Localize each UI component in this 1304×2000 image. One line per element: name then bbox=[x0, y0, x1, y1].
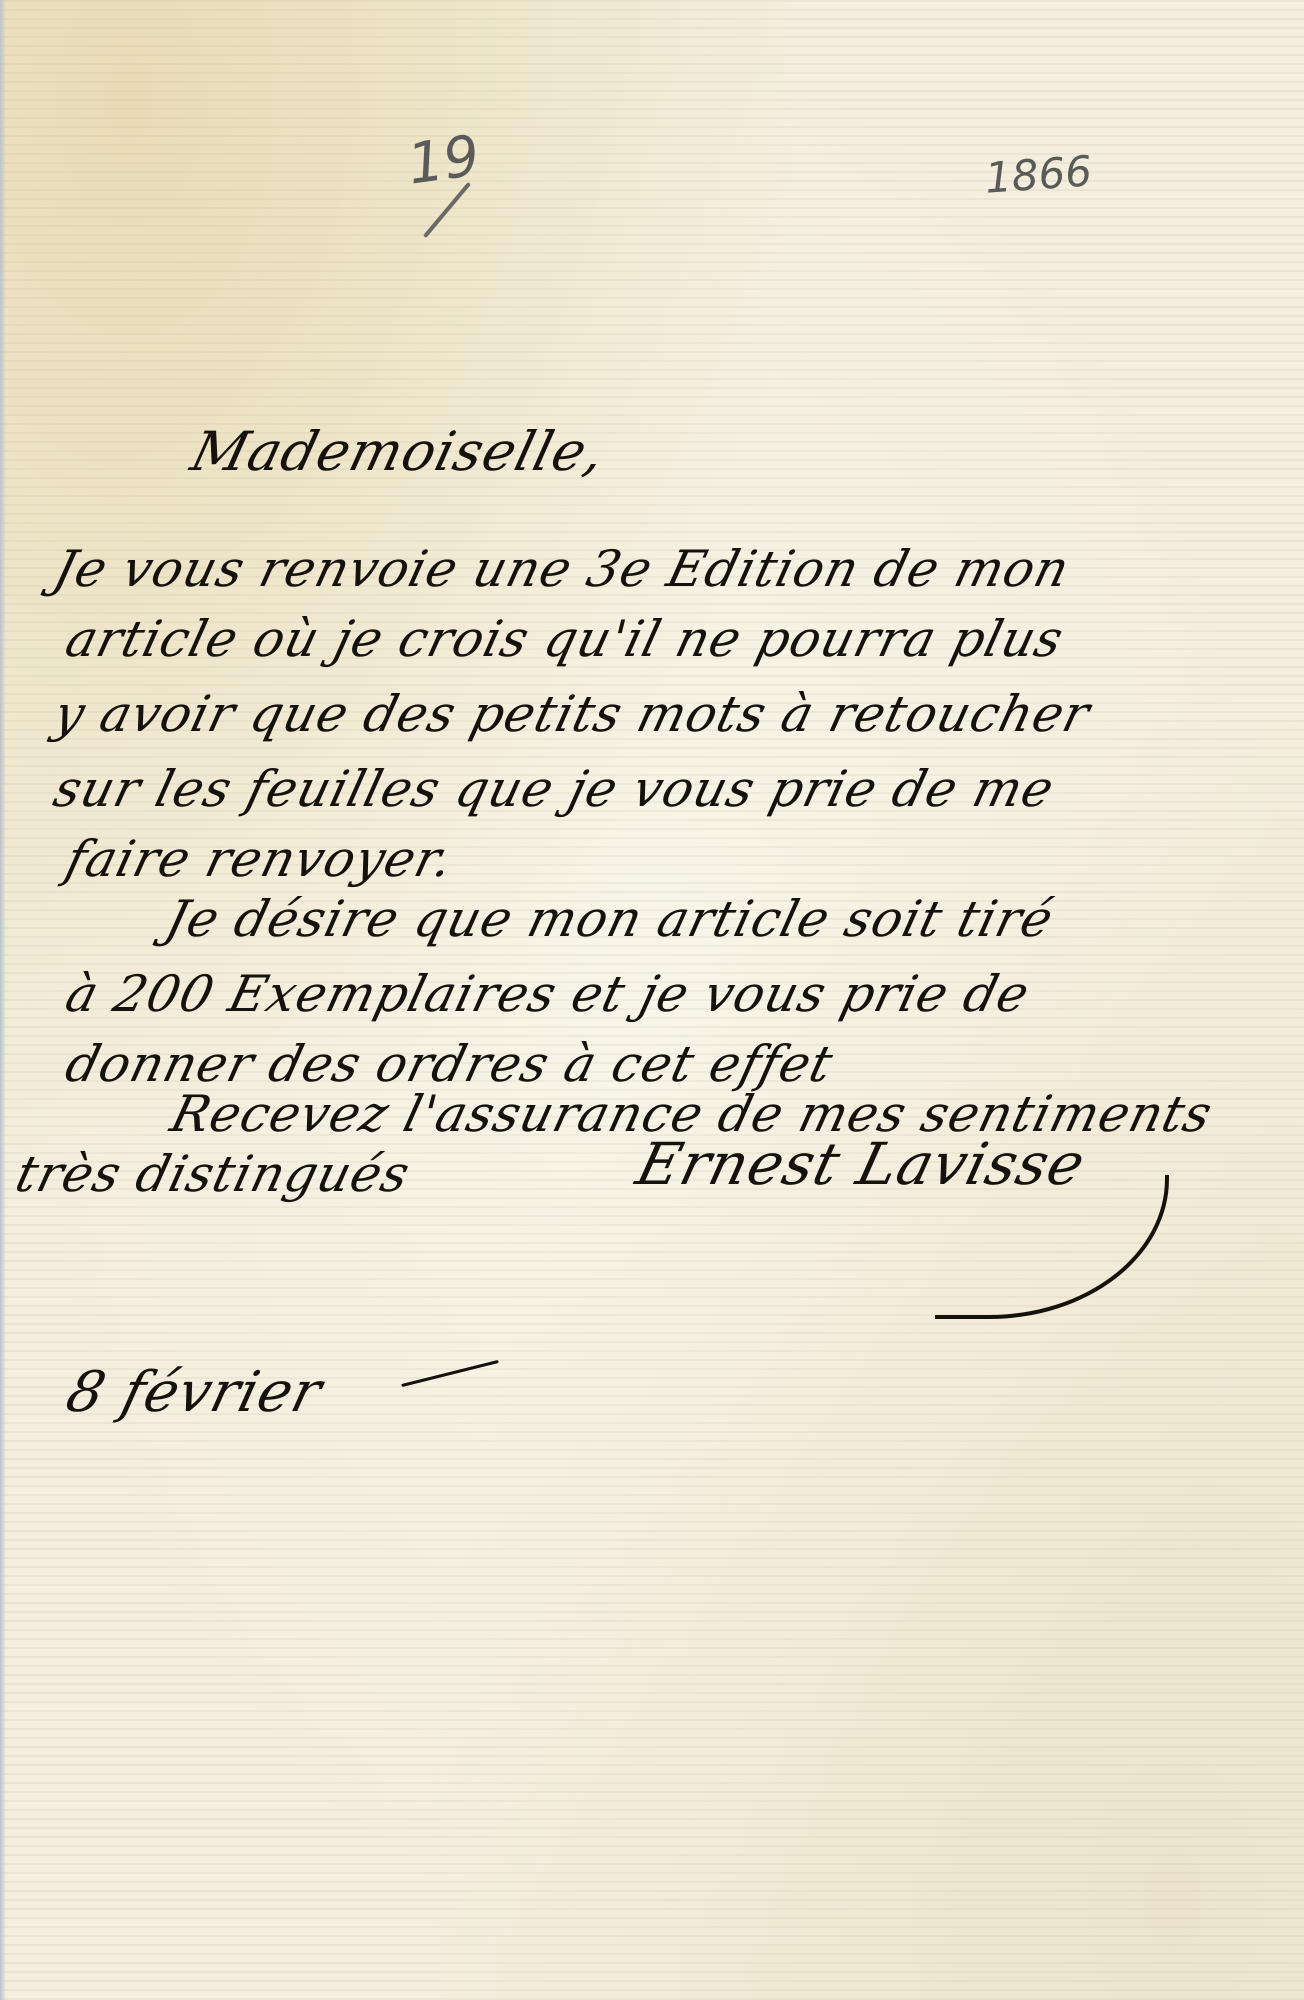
body-line-1: Je vous renvoie une 3e Edition de mon bbox=[48, 540, 1076, 598]
letter-page: 19 1866 Mademoiselle, Je vous renvoie un… bbox=[0, 0, 1304, 2000]
date-flourish bbox=[401, 1360, 499, 1387]
salutation: Mademoiselle, bbox=[185, 420, 612, 483]
letter-date: 8 février bbox=[60, 1360, 329, 1425]
signature-flourish bbox=[935, 1175, 1169, 1319]
body-line-3: y avoir que des petits mots à retoucher bbox=[48, 685, 1096, 743]
body-line-4: sur les feuilles que je vous prie de me bbox=[48, 760, 1060, 818]
year-annotation: 1866 bbox=[983, 146, 1093, 202]
folio-number: 19 bbox=[404, 123, 484, 197]
body-line-5: faire renvoyer. bbox=[60, 830, 459, 888]
body-line-7: à 200 Exemplaires et je vous prie de bbox=[60, 965, 1036, 1023]
body-line-6: Je désire que mon article soit tiré bbox=[160, 890, 1060, 948]
scan-edge bbox=[0, 0, 6, 2000]
body-line-2: article où je crois qu'il ne pourra plus bbox=[60, 610, 1070, 668]
closing-line-2: très distingués bbox=[10, 1145, 416, 1203]
